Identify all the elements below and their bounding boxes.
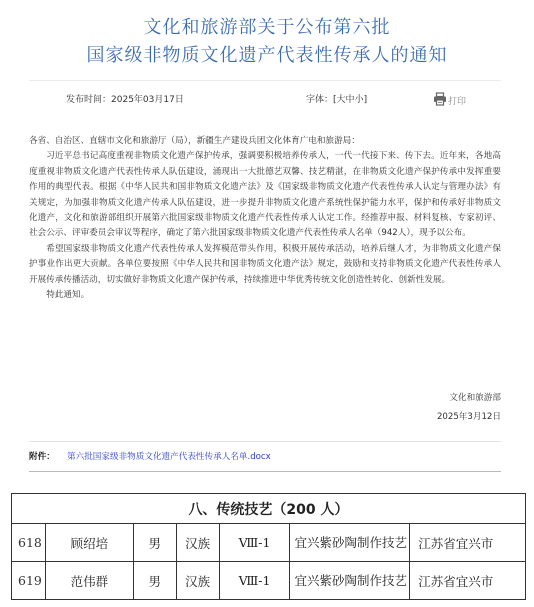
paragraph-1: 习近平总书记高度重视非物质文化遗产保护传承，强调要积极培养传承人，一代一代接下来…	[29, 149, 501, 241]
cell-location: 江苏省宜兴市	[410, 524, 526, 562]
attachment-link[interactable]: 第六批国家级非物质文化遗产代表性传承人名单.docx	[67, 450, 271, 462]
cell-name: 范伟群	[45, 562, 133, 600]
signature-org: 文化和旅游部	[449, 391, 501, 403]
cell-project: 宜兴紫砂陶制作技艺	[290, 524, 410, 562]
signature-date: 2025年3月12日	[437, 410, 501, 422]
paragraph-2: 希望国家级非物质文化遗产代表性传承人发挥模范带头作用，积极开展传承活动，培养后继…	[29, 242, 501, 288]
font-size-label: 字体：	[306, 95, 333, 105]
cell-ethnicity: 汉族	[176, 562, 219, 600]
cell-ethnicity: 汉族	[176, 524, 219, 562]
publish-label: 发布时间：	[66, 95, 111, 105]
cell-location: 江苏省宜兴市	[410, 562, 526, 600]
print-label: 打印	[448, 94, 466, 107]
font-size-selector: 字体：[大中小]	[306, 93, 367, 107]
closing: 特此通知。	[29, 288, 501, 303]
inheritors-table: 八、传统技艺（200 人） 618 顾绍培 男 汉族 Ⅷ-1 宜兴紫砂陶制作技艺…	[11, 493, 526, 600]
page-title: 文化和旅游部关于公布第六批 国家级非物质文化遗产代表性传承人的通知	[0, 14, 534, 70]
divider	[29, 441, 501, 442]
divider	[29, 471, 501, 472]
section-header: 八、传统技艺（200 人）	[12, 494, 526, 524]
cell-project: 宜兴紫砂陶制作技艺	[290, 562, 410, 600]
cell-code: Ⅷ-1	[219, 562, 290, 600]
font-size-large-button[interactable]: 大	[337, 95, 346, 105]
table-row: 619 范伟群 男 汉族 Ⅷ-1 宜兴紫砂陶制作技艺 江苏省宜兴市	[12, 562, 526, 600]
title-line-1: 文化和旅游部关于公布第六批	[0, 14, 534, 42]
salutation: 各省、自治区、直辖市文化和旅游厅（局），新疆生产建设兵团文化体育广电和旅游局：	[29, 134, 501, 149]
cell-gender: 男	[133, 524, 176, 562]
section-header-row: 八、传统技艺（200 人）	[12, 494, 526, 524]
notice-body: 各省、自治区、直辖市文化和旅游厅（局），新疆生产建设兵团文化体育广电和旅游局： …	[29, 134, 501, 303]
title-line-2: 国家级非物质文化遗产代表性传承人的通知	[0, 42, 534, 70]
table-row: 618 顾绍培 男 汉族 Ⅷ-1 宜兴紫砂陶制作技艺 江苏省宜兴市	[12, 524, 526, 562]
print-button[interactable]: 打印	[433, 92, 466, 109]
bracket-close: ]	[364, 95, 368, 105]
printer-icon	[433, 92, 448, 109]
divider	[29, 80, 501, 81]
cell-name: 顾绍培	[45, 524, 133, 562]
font-size-small-button[interactable]: 小	[355, 95, 364, 105]
cell-code: Ⅷ-1	[219, 524, 290, 562]
cell-no: 618	[12, 524, 46, 562]
cell-no: 619	[12, 562, 46, 600]
cell-gender: 男	[133, 562, 176, 600]
attachment-row: 附件： 第六批国家级非物质文化遗产代表性传承人名单.docx	[29, 450, 271, 462]
publish-date-value: 2025年03月17日	[111, 95, 184, 105]
publish-date: 发布时间：2025年03月17日	[66, 93, 184, 107]
font-size-medium-button[interactable]: 中	[346, 95, 355, 105]
attachment-label: 附件：	[29, 450, 67, 462]
